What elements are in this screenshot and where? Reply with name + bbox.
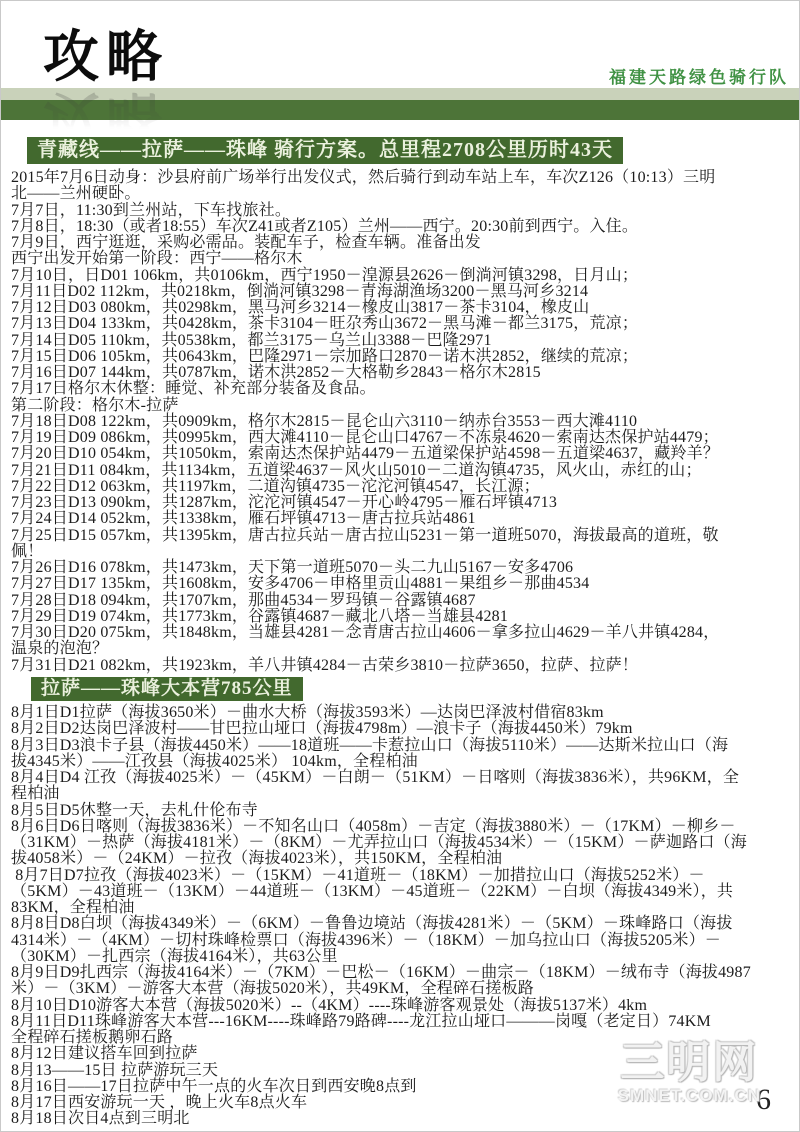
text-line: 8月1日D1拉萨（海拔3650米）－曲水大桥（海拔3593米）—达岗巴泽波村借宿… [11,705,797,721]
text-line: 7月18日D08 122km，共0909km，格尔木2815－昆仑山六3110－… [11,414,797,430]
text-line: 7月12日D03 080km，共0298km，黑马河乡3214－橡皮山3817－… [11,300,797,316]
text-line: 7月21日D11 084km，共1134km，五道梁4637－风火山5010－二… [11,463,797,479]
watermark-domain: SMNET.COM.CN [618,1087,761,1105]
text-line: 程柏油 [11,786,797,802]
text-line: 7月31日D21 082km，共1923km，羊八井镇4284－古荣乡3810－… [11,658,797,674]
text-line: 7月15日D06 105km，共0643km，巴隆2971－宗加路口2870－诺… [11,349,797,365]
text-line: 7月23日D13 090km，共1287km，沱沱河镇4547－开心岭4795－… [11,495,797,511]
text-line: 8月9日D9扎西宗（海拔4164米）－（7KM）－巴松－（16KM）－曲宗－（1… [11,965,797,981]
text-line: 7月11日D02 112km，共0218km，倒淌河镇3298－青海湖渔场320… [11,284,797,300]
text-line: 7月16日D07 144km，共0787km，诺木洪2852－大格勒乡2843－… [11,365,797,381]
text-line: 北——兰州硬卧。 [11,186,797,202]
text-line: 7月30日D20 075km，共1848km，当雄县4281－念青唐古拉山460… [11,625,797,641]
text-line: 8月7日D7拉孜（海拔4023米）－（15KM）－41道班－（18KM）－加措拉… [11,868,797,884]
text-line: 7月13日D04 133km，共0428km，茶卡3104－旺尕秀山3672－黑… [11,316,797,332]
text-line: 8月5日D5休整一天，去札什伦布寺 [11,803,797,819]
text-line: 7月20日D10 054km，共1050km，索南达杰保护站4479－五道梁保护… [11,446,797,462]
section-bar-lhasa-everest: 拉萨——珠峰大本营785公里 [31,677,303,701]
text-line: 83KM，全程柏油 [11,900,797,916]
text-line: 7月7日，11:30到兰州站，下车找旅社。 [11,203,797,219]
watermark-site-logo: 三明网 [618,1041,761,1085]
text-line: 8月10日D10游客大本营（海拔5020米）--（4KM）----珠峰游客观景处… [11,998,797,1014]
text-line: 7月24日D14 052km，共1338km，雁石坪镇4713－唐古拉兵站486… [11,511,797,527]
text-line: 7月10日，日D01 106km，共0106km，西宁1950－湟源县2626－… [11,268,797,284]
text-line: 2015年7月6日动身：沙县府前广场举行出发仪式，然后骑行到动车站上车，车次Z1… [11,170,797,186]
text-line: （30KM）－扎西宗（海拔4164米），共63公里 [11,949,797,965]
text-line: （5KM）－43道班－（13KM）－44道班－（13KM）－45道班－（22KM… [11,884,797,900]
text-line: 米）－（3KM）－游客大本营（海拔5020米），共49KM，全程碎石搓板路 [11,981,797,997]
text-line: 8月8日D8白坝（海拔4349米）－（6KM）－鲁鲁边境站（海拔4281米）－（… [11,916,797,932]
team-name: 福建天路绿色骑行队 [609,63,789,88]
text-line: 8月11日D11珠峰游客大本营---16KM----珠峰路79路碑----龙江拉… [11,1014,797,1030]
text-line: 7月17日格尔木休整：睡觉、补充部分装备及食品。 [11,381,797,397]
text-line: 4314米）－（4KM）－切村珠峰检票口（海拔4396米）－（18KM）－加乌拉… [11,933,797,949]
text-line: （31KM）－热萨（海拔4181米）－（8KM）－尤弄拉山口（海拔4534米）－… [11,835,797,851]
text-line: 7月22日D12 063km，共1197km，二道沟镇4735－沱沱河镇4547… [11,479,797,495]
text-line: 第二阶段：格尔木-拉萨 [11,398,797,414]
document-page: 攻略 攻略 福建天路绿色骑行队 青藏线——拉萨——珠峰 骑行方案。总里程2708… [0,0,800,1132]
text-line: 温泉的泡泡？ [11,641,797,657]
text-line: 7月8日，18:30（或者18:55）车次Z41或者Z105）兰州——西宁。20… [11,219,797,235]
text-line: 8月3日D3浪卡子县（海拔4450米）——18道班——卡惹拉山口（海拔5110米… [11,738,797,754]
text-line: 7月27日D17 135km，共1608km，安多4706－申格里贡山4881－… [11,576,797,592]
itinerary-qinghai-tibet: 2015年7月6日动身：沙县府前广场举行出发仪式，然后骑行到动车站上车，车次Z1… [11,170,797,674]
page-title: 攻略 [43,27,169,87]
text-line: 8月2日D2达岗巴泽波村——甘巴拉山垭口（海拔4798m）—浪卡子（海拔4450… [11,721,797,737]
text-line: 7月29日D19 074km，共1773km，谷露镇4687－藏北八塔－当雄县4… [11,609,797,625]
watermark: 三明网 SMNET.COM.CN [618,1041,761,1105]
text-line: 佩！ [11,544,797,560]
text-line: 7月9日，西宁逛逛，采购必需品。装配车子，检查车辆。准备出发 [11,235,797,251]
text-line: 7月19日D09 086km，共0995km，西大滩4110－昆仑山口4767－… [11,430,797,446]
text-line: 拔4058米）－（24KM）－拉孜（海拔4023米），共150KM，全程柏油 [11,851,797,867]
text-line: 8月6日D6日喀则（海拔3836米）－不知名山口（4058m）－吉定（海拔388… [11,819,797,835]
text-line: 7月26日D16 078km，共1473km，天下第一道班5070－头二九山51… [11,560,797,576]
text-line: 拔4345米）——江孜县（海拔4025米） 104km，全程柏油 [11,754,797,770]
text-line: 8月18日次日4点到三明北 [11,1111,797,1127]
text-line: 7月14日D05 110km，共0538km，都兰3175－乌兰山3388－巴隆… [11,333,797,349]
text-line: 7月28日D18 094km，共1707km，那曲4534－罗玛镇－谷露镇468… [11,593,797,609]
text-line: 西宁出发开始第一阶段：西宁——格尔木 [11,251,797,267]
text-line: 7月25日D15 057km，共1395km，唐古拉兵站－唐古拉山5231－第一… [11,528,797,544]
page-title-reflection: 攻略 [43,87,169,147]
text-line: 8月4日D4 江孜（海拔4025米）－（45KM）－白朗－（51KM）－日喀则（… [11,770,797,786]
